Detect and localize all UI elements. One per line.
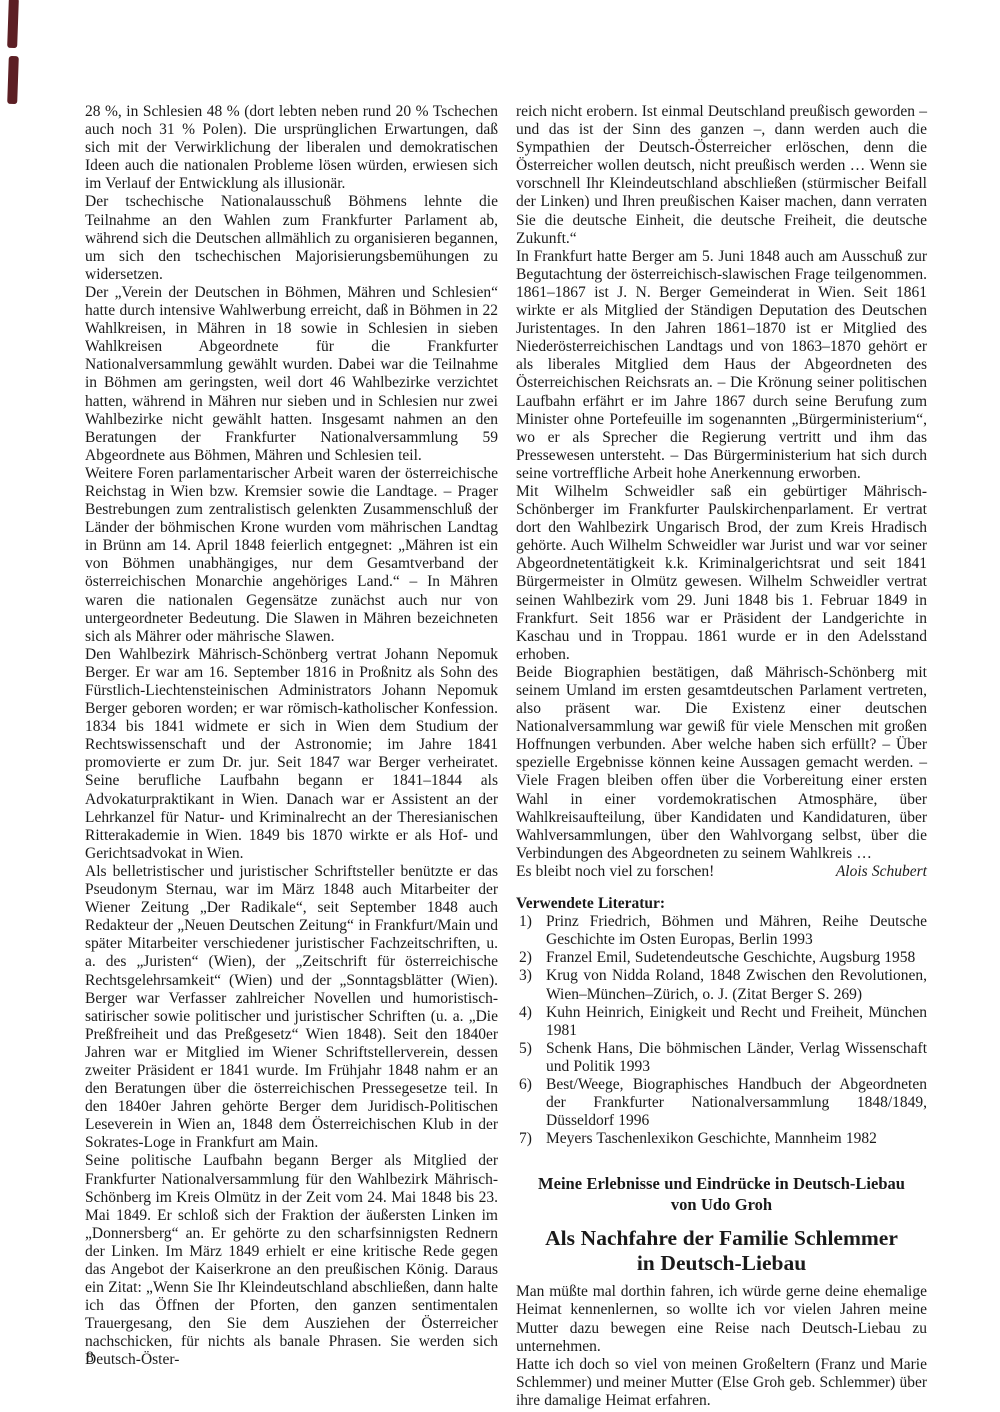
document-page: 28 %, in Schlesien 48 % (dort lebten neb…: [0, 0, 1000, 1412]
section-subtitle-line2: von Udo Groh: [516, 1195, 927, 1216]
right-column-second-block: Mit Wilhelm Schweidler saß ein gebürtige…: [516, 483, 927, 863]
literature-item-text: Kuhn Heinrich, Einigkeit und Recht und F…: [546, 1004, 927, 1039]
body-paragraph: In Frankfurt hatte Berger am 5. Juni 184…: [516, 248, 927, 483]
literature-item: 3) Krug von Nidda Roland, 1848 Zwischen …: [516, 967, 927, 1003]
literature-item-number: 1): [519, 913, 532, 931]
literature-item: 5) Schenk Hans, Die böhmischen Länder, V…: [516, 1040, 927, 1076]
literature-item-text: Franzel Emil, Sudetendeutsche Geschichte…: [546, 949, 915, 966]
section-title-line2: in Deutsch-Liebau: [516, 1251, 927, 1276]
literature-item-number: 3): [519, 967, 532, 985]
literature-item-number: 2): [519, 949, 532, 967]
literature-item-text: Prinz Friedrich, Böhmen und Mähren, Reih…: [546, 913, 927, 948]
scan-artifact-mark: [7, 0, 19, 48]
body-paragraph: Man müßte mal dorthin fahren, ich würde …: [516, 1283, 927, 1355]
body-paragraph: Der tschechische Nationalausschuß Böhmen…: [85, 193, 498, 283]
page-number: 8: [86, 1349, 94, 1367]
literature-item-number: 6): [519, 1076, 532, 1094]
literature-item-text: Best/Weege, Biographisches Handbuch der …: [546, 1076, 927, 1129]
author-signature: Alois Schubert: [836, 863, 927, 881]
literature-item: 6) Best/Weege, Biographisches Handbuch d…: [516, 1076, 927, 1130]
literature-item-number: 5): [519, 1040, 532, 1058]
literature-item-number: 7): [519, 1130, 532, 1148]
body-paragraph: Beide Biographien bestätigen, daß Mähris…: [516, 664, 927, 863]
body-paragraph: Als belletristischer und juristischer Sc…: [85, 863, 498, 1153]
literature-list: 1) Prinz Friedrich, Böhmen und Mähren, R…: [516, 913, 927, 1148]
right-column: reich nicht erobern. Ist einmal Deutschl…: [516, 103, 927, 1410]
body-paragraph: Hatte ich doch so viel von meinen Großel…: [516, 1356, 927, 1410]
body-paragraph: Seine politische Laufbahn begann Berger …: [85, 1152, 498, 1369]
left-column: 28 %, in Schlesien 48 % (dort lebten neb…: [85, 103, 498, 1370]
section-subtitle-line1: Meine Erlebnisse und Eindrücke in Deutsc…: [516, 1174, 927, 1195]
literature-item-text: Krug von Nidda Roland, 1848 Zwischen den…: [546, 967, 927, 1002]
body-paragraph: Der „Verein der Deutschen in Böhmen, Mäh…: [85, 284, 498, 465]
literature-item: 7) Meyers Taschenlexikon Geschichte, Man…: [516, 1130, 927, 1148]
literature-item: 1) Prinz Friedrich, Böhmen und Mähren, R…: [516, 913, 927, 949]
body-paragraph: Den Wahlbezirk Mährisch-Schönberg vertra…: [85, 646, 498, 863]
body-paragraph: reich nicht erobern. Ist einmal Deutschl…: [516, 103, 927, 248]
section2-paragraphs: Man müßte mal dorthin fahren, ich würde …: [516, 1283, 927, 1410]
right-column-top-paragraphs: reich nicht erobern. Ist einmal Deutschl…: [516, 103, 927, 483]
literature-item-text: Schenk Hans, Die böhmischen Länder, Verl…: [546, 1040, 927, 1075]
closing-text: Es bleibt noch viel zu forschen!: [516, 863, 714, 881]
scan-artifact-mark: [7, 56, 19, 104]
literature-item-text: Meyers Taschenlexikon Geschichte, Mannhe…: [546, 1130, 877, 1147]
literature-item-number: 4): [519, 1004, 532, 1022]
literature-item: 2) Franzel Emil, Sudetendeutsche Geschic…: [516, 949, 927, 967]
section-title-line1: Als Nachfahre der Familie Schlemmer: [516, 1226, 927, 1251]
body-paragraph: 28 %, in Schlesien 48 % (dort lebten neb…: [85, 103, 498, 193]
body-paragraph: Mit Wilhelm Schweidler saß ein gebürtige…: [516, 483, 927, 664]
literature-item: 4) Kuhn Heinrich, Einigkeit und Recht un…: [516, 1004, 927, 1040]
closing-line: Es bleibt noch viel zu forschen! Alois S…: [516, 863, 927, 881]
body-paragraph: Weitere Foren parlamentarischer Arbeit w…: [85, 465, 498, 646]
literature-heading: Verwendete Literatur:: [516, 895, 927, 913]
